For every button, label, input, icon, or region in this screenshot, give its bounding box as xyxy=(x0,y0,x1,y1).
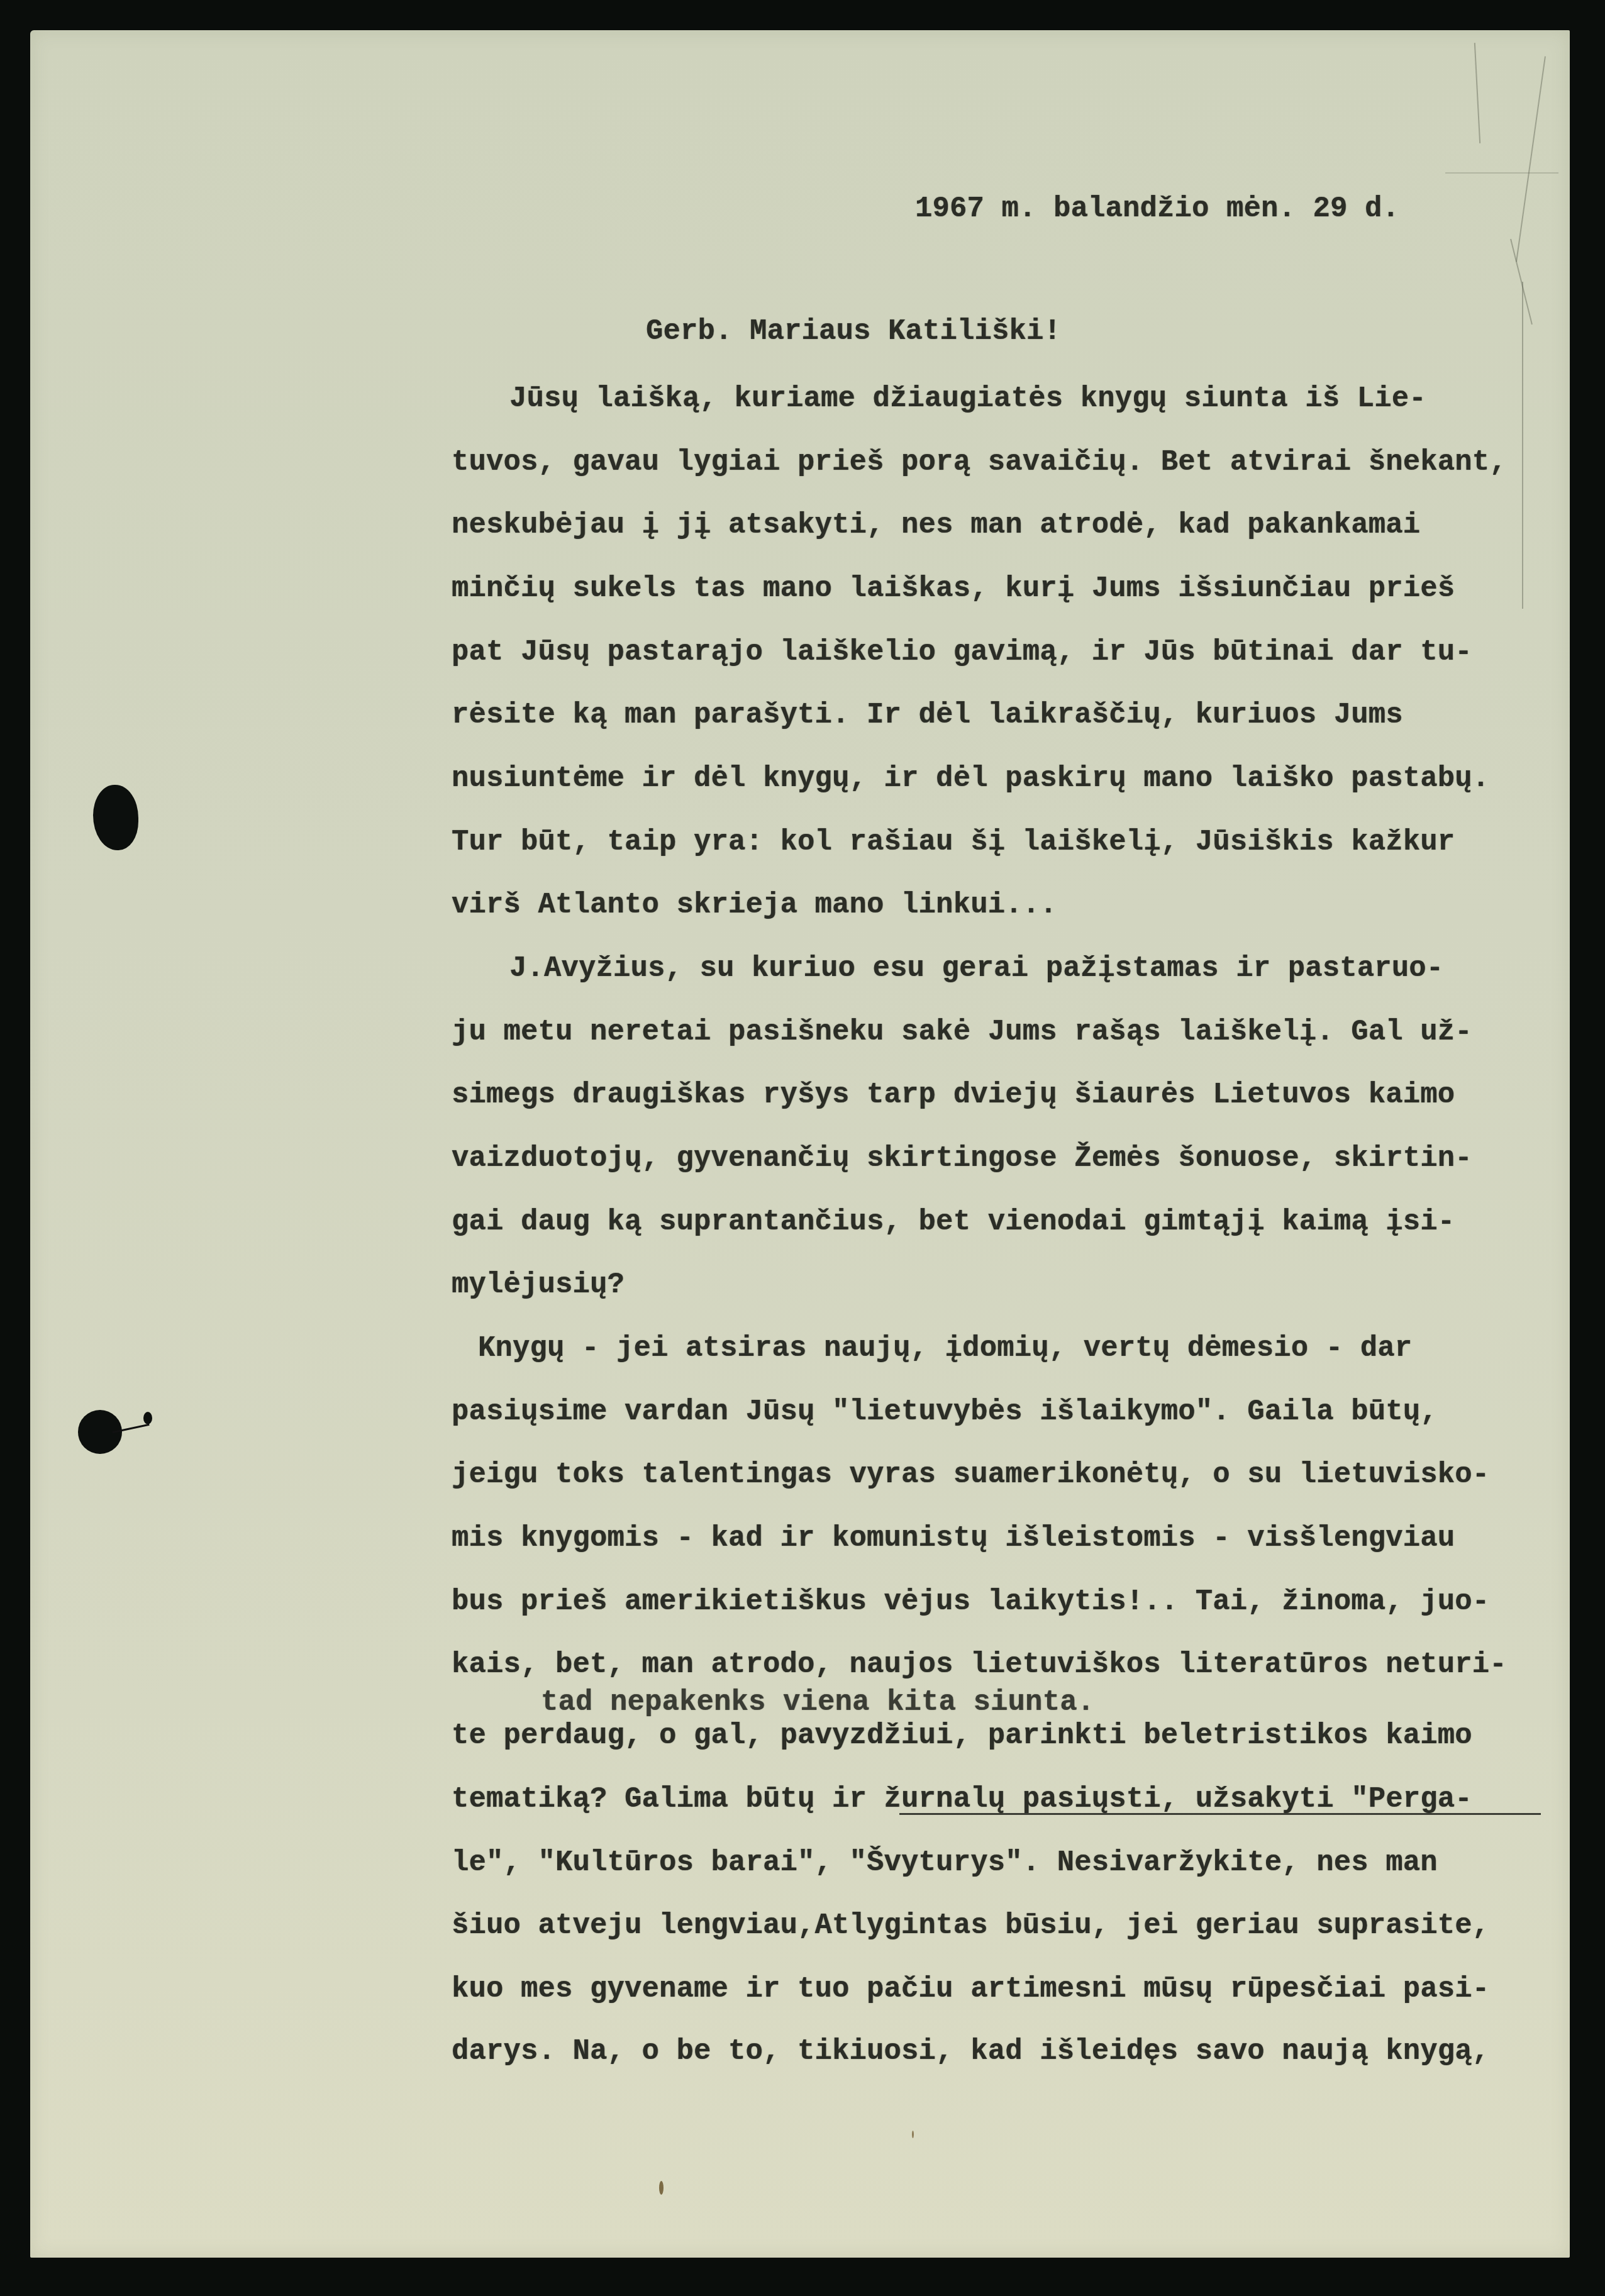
body-line-4: minčių sukels tas mano laiškas, kurį Jum… xyxy=(452,575,1455,604)
crease-line xyxy=(1522,282,1523,609)
letter-date: 1967 m. balandžio mėn. 29 d. xyxy=(915,195,1399,224)
body-line-12: simegs draugiškas ryšys tarp dviejų šiau… xyxy=(452,1081,1455,1110)
body-line-19: mis knygomis - kad ir komunistų išleisto… xyxy=(452,1524,1455,1553)
crease-line xyxy=(1474,43,1480,143)
body-line-17: pasiųsime vardan Jūsų "lietuvybės išlaik… xyxy=(452,1398,1438,1427)
body-line-23: tematiką? Galima būtų ir žurnalų pasiųst… xyxy=(452,1785,1472,1814)
body-line-3: neskubėjau į jį atsakyti, nes man atrodė… xyxy=(452,511,1420,540)
body-line-5: pat Jūsų pastarąjo laiškelio gavimą, ir … xyxy=(452,638,1472,667)
body-line-16: Knygų - jei atsiras naujų, įdomių, vertų… xyxy=(478,1334,1412,1363)
body-line-7: nusiuntėme ir dėl knygų, ir dėl paskirų … xyxy=(452,765,1489,794)
body-line-9: virš Atlanto skrieja mano linkui... xyxy=(452,891,1057,920)
punch-hole xyxy=(143,1412,152,1424)
interlinear-insertion: tad nepakenks viena kita siunta. xyxy=(541,1689,1094,1717)
crease-line xyxy=(1510,239,1533,324)
stain-mark xyxy=(659,2181,664,2195)
body-line-10: J.Avyžius, su kuriuo esu gerai pažįstama… xyxy=(509,955,1443,984)
body-line-1: Jūsų laišką, kuriame džiaugiatės knygų s… xyxy=(509,385,1426,414)
body-line-22: te perdaug, o gal, pavyzdžiui, parinkti … xyxy=(452,1722,1472,1751)
body-line-18: jeigu toks talentingas vyras suamerikonė… xyxy=(452,1461,1489,1490)
body-line-27: darys. Na, o be to, tikiuosi, kad išleid… xyxy=(452,2038,1489,2066)
body-line-15: mylėjusių? xyxy=(452,1271,625,1300)
body-line-25: šiuo atveju lengviau,Atlygintas būsiu, j… xyxy=(452,1912,1489,1941)
body-line-20: bus prieš amerikietiškus vėjus laikytis!… xyxy=(452,1588,1489,1617)
letter-salutation: Gerb. Mariaus Katiliški! xyxy=(646,318,1061,347)
body-line-8: Tur būt, taip yra: kol rašiau šį laiškel… xyxy=(452,828,1455,857)
body-line-21: kais, bet, man atrodo, naujos lietuviško… xyxy=(452,1651,1507,1680)
punch-hole xyxy=(93,785,138,850)
body-line-2: tuvos, gavau lygiai prieš porą savaičių.… xyxy=(452,448,1507,477)
body-line-6: rėsite ką man parašyti. Ir dėl laikrašči… xyxy=(452,701,1403,730)
body-line-14: gai daug ką suprantančius, bet vienodai … xyxy=(452,1208,1455,1237)
stain-mark xyxy=(912,2131,914,2138)
body-line-26: kuo mes gyvename ir tuo pačiu artimesni … xyxy=(452,1975,1489,2004)
handwritten-underline xyxy=(899,1813,1541,1815)
body-line-24: le", "Kultūros barai", "Švyturys". Nesiv… xyxy=(452,1849,1438,1878)
body-line-11: ju metu neretai pasišneku sakė Jums rašą… xyxy=(452,1018,1472,1047)
crease-line xyxy=(1516,56,1546,262)
crease-line xyxy=(1445,172,1558,174)
body-line-13: vaizduotojų, gyvenančių skirtingose Žemė… xyxy=(452,1145,1472,1173)
